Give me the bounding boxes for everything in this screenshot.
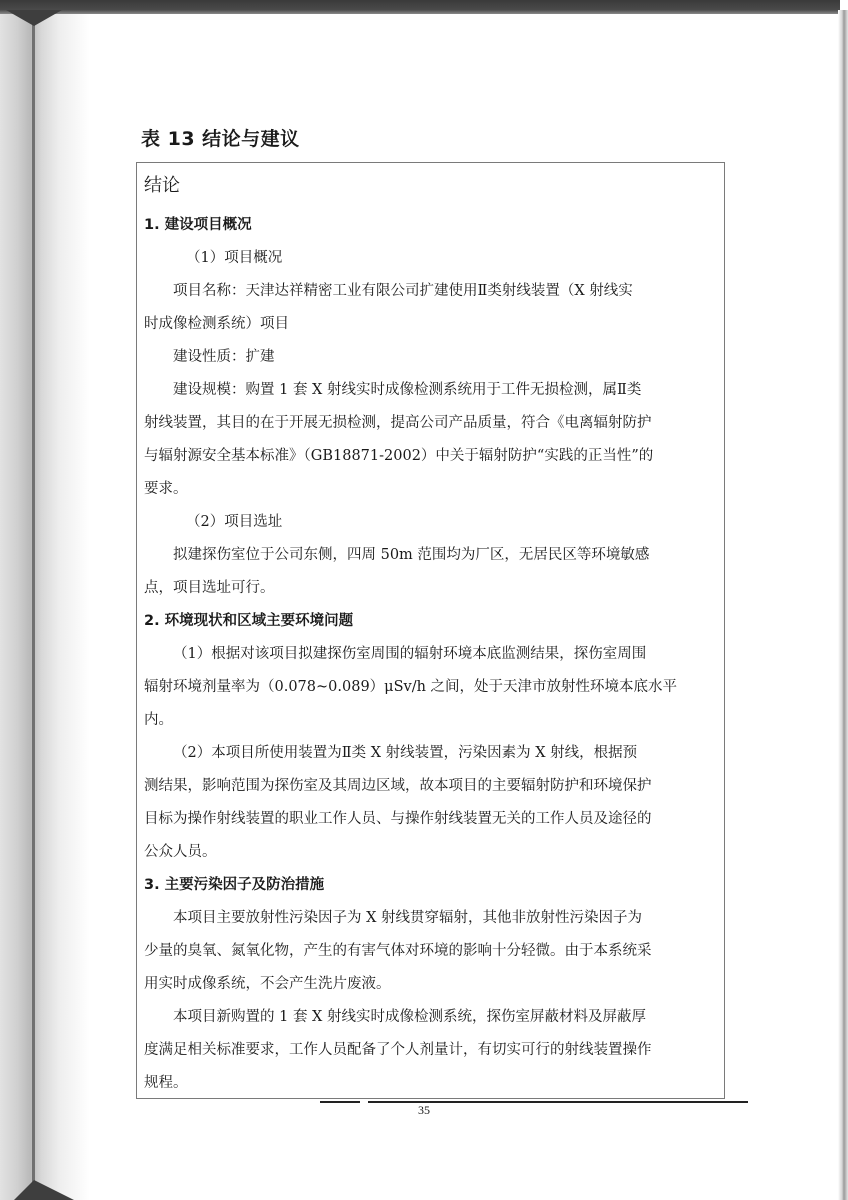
text-line: 时成像检测系统）项目 — [144, 308, 716, 341]
scan-top-edge — [0, 0, 840, 14]
text-line: 本项目新购置的 1 套 X 射线实时成像检测系统，探伤室屏蔽材料及屏蔽厚 — [144, 1001, 716, 1034]
text-line: 用实时成像系统，不会产生洗片废液。 — [144, 968, 716, 1001]
page-right-edge — [838, 10, 848, 1200]
text-line: 公众人员。 — [144, 836, 716, 869]
paragraph-project-name: 项目名称：天津达祥精密工业有限公司扩建使用Ⅱ类射线装置（X 射线实 时成像检测系… — [144, 275, 716, 341]
section-pollution-measures: 3. 主要污染因子及防治措施 本项目主要放射性污染因子为 X 射线贯穿辐射，其他… — [144, 869, 716, 1100]
spine-corner-top — [6, 10, 62, 26]
section-environment-status: 2. 环境现状和区域主要环境问题 （1）根据对该项目拟建探伤室周围的辐射环境本底… — [144, 605, 716, 869]
paragraph-project-site: 拟建探伤室位于公司东侧，四周 50m 范围均为厂区，无居民区等环境敏感 点，项目… — [144, 539, 716, 605]
paragraph-protection-targets: （2）本项目所使用装置为Ⅱ类 X 射线装置，污染因素为 X 射线，根据预 测结果… — [144, 737, 716, 869]
text-line: 射线装置，其目的在于开展无损检测，提高公司产品质量，符合《电离辐射防护 — [144, 407, 716, 440]
book-gutter-shadow — [0, 0, 90, 1200]
table-title: 表 13 结论与建议 — [141, 124, 300, 151]
paragraph-construction-nature: 建设性质：扩建 — [144, 341, 716, 374]
text-line: （1）根据对该项目拟建探伤室周围的辐射环境本底监测结果，探伤室周围 — [144, 638, 716, 671]
section-heading: 3. 主要污染因子及防治措施 — [144, 869, 716, 902]
paragraph-construction-scale: 建设规模：购置 1 套 X 射线实时成像检测系统用于工件无损检测，属Ⅱ类 射线装… — [144, 374, 716, 506]
conclusion-heading: 结论 — [144, 171, 716, 205]
section-heading: 2. 环境现状和区域主要环境问题 — [144, 605, 716, 638]
section-project-overview: 1. 建设项目概况 （1）项目概况 项目名称：天津达祥精密工业有限公司扩建使用Ⅱ… — [144, 209, 716, 605]
text-line: 辐射环境剂量率为（0.078~0.089）μSv/h 之间，处于天津市放射性环境… — [144, 671, 716, 704]
text-line: 测结果，影响范围为探伤室及其周边区域，故本项目的主要辐射防护和环境保护 — [144, 770, 716, 803]
text-line: 点，项目选址可行。 — [144, 572, 716, 605]
subheading-project-site: （2）项目选址 — [144, 506, 716, 539]
text-line: 规程。 — [144, 1067, 716, 1100]
text-line: 建设规模：购置 1 套 X 射线实时成像检测系统用于工件无损检测，属Ⅱ类 — [144, 374, 716, 407]
text-line: 本项目主要放射性污染因子为 X 射线贯穿辐射，其他非放射性污染因子为 — [144, 902, 716, 935]
text-line: 与辐射源安全基本标准》（GB18871-2002）中关于辐射防护“实践的正当性”… — [144, 440, 716, 473]
subheading-project-overview: （1）项目概况 — [144, 242, 716, 275]
spine-corner-bottom — [14, 1180, 74, 1200]
text-line: （2）本项目所使用装置为Ⅱ类 X 射线装置，污染因素为 X 射线，根据预 — [144, 737, 716, 770]
text-line: 目标为操作射线装置的职业工作人员、与操作射线装置无关的工作人员及途径的 — [144, 803, 716, 836]
text-line: 少量的臭氧、氮氧化物，产生的有害气体对环境的影响十分轻微。由于本系统采 — [144, 935, 716, 968]
text-line: 项目名称：天津达祥精密工业有限公司扩建使用Ⅱ类射线装置（X 射线实 — [144, 275, 716, 308]
paragraph-monitoring-results: （1）根据对该项目拟建探伤室周围的辐射环境本底监测结果，探伤室周围 辐射环境剂量… — [144, 638, 716, 737]
conclusion-box: 结论 1. 建设项目概况 （1）项目概况 项目名称：天津达祥精密工业有限公司扩建… — [136, 162, 725, 1099]
paragraph-shielding-measures: 本项目新购置的 1 套 X 射线实时成像检测系统，探伤室屏蔽材料及屏蔽厚 度满足… — [144, 1001, 716, 1100]
section-heading: 1. 建设项目概况 — [144, 209, 716, 242]
paragraph-pollution-factors: 本项目主要放射性污染因子为 X 射线贯穿辐射，其他非放射性污染因子为 少量的臭氧… — [144, 902, 716, 1001]
text-line: 内。 — [144, 704, 716, 737]
conclusion-content: 结论 1. 建设项目概况 （1）项目概况 项目名称：天津达祥精密工业有限公司扩建… — [144, 171, 716, 1100]
text-line: 度满足相关标准要求，工作人员配备了个人剂量计，有切实可行的射线装置操作 — [144, 1034, 716, 1067]
text-line: 建设性质：扩建 — [144, 341, 716, 374]
text-line: 拟建探伤室位于公司东侧，四周 50m 范围均为厂区，无居民区等环境敏感 — [144, 539, 716, 572]
page-number: 35 — [0, 1103, 848, 1118]
text-line: 要求。 — [144, 473, 716, 506]
book-spine-line — [32, 10, 35, 1195]
